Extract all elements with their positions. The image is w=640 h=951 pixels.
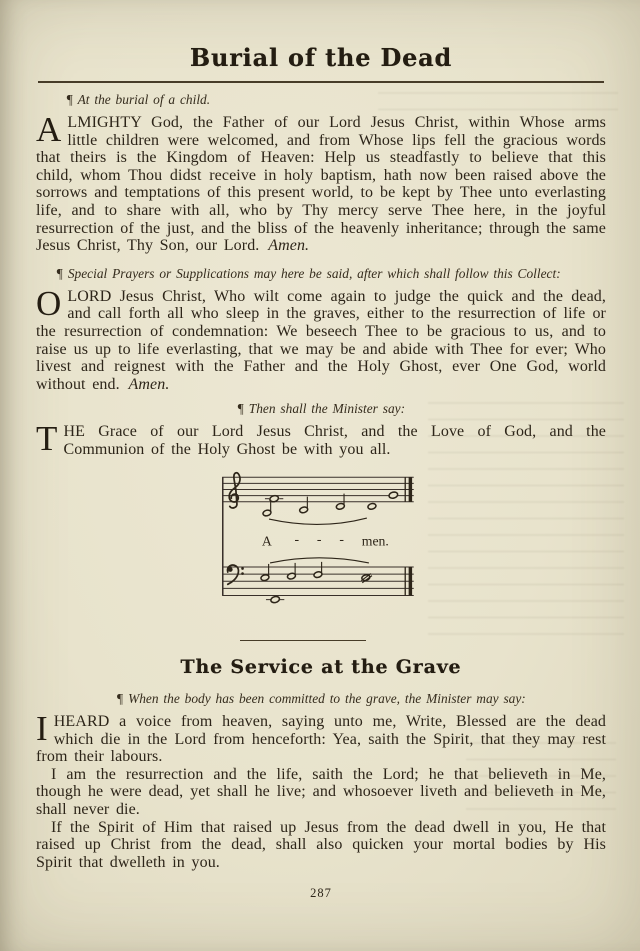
amen-lyric: A - - - men. [262,531,389,548]
rubric-then-shall-minister-say: ¶ Then shall the Minister say: [36,401,606,417]
scripture-i-heard-a-voice: IHEARD a voice from heaven, saying unto … [36,713,606,766]
prayer-o-lord-jesus-christ: OLORD Jesus Christ, Who wilt come again … [36,288,606,394]
drop-cap-a: A [36,114,67,144]
amen-response: Amen. [129,376,170,393]
svg-text:-: - [317,531,322,546]
rubric-body-committed: ¶ When the body has been committed to th… [36,691,606,707]
section-divider [240,640,366,642]
prayer-text: HE Grace of our Lord Jesus Christ, and t… [63,423,606,458]
drop-cap-o: O [36,288,67,318]
scripture-text: HEARD a voice from heaven, saying unto m… [36,713,606,765]
section-heading-service-at-grave: The Service at the Grave [36,656,606,678]
prayer-text: LORD Jesus Christ, Who wilt come again t… [36,288,606,393]
treble-staff [222,477,414,501]
book-page: Burial of the Dead ¶ At the burial of a … [0,0,640,951]
drop-cap-i: I [36,713,54,743]
title-rule [38,81,604,83]
slur [269,518,367,524]
prayer-text: LMIGHTY God, the Father of our Lord Jesu… [36,114,606,254]
scripture-spirit-of-him: If the Spirit of Him that raised up Jesu… [36,819,606,872]
amen-response: Amen. [268,237,309,254]
amen-music-score: A - - - men. [214,467,428,616]
rubric-special-prayers: ¶ Special Prayers or Supplications may h… [36,266,606,282]
slur [270,557,369,562]
rubric-at-burial-of-child: ¶ At the burial of a child. [36,92,606,108]
svg-text:-: - [339,531,344,546]
treble-clef-icon [229,472,240,507]
scripture-resurrection-and-life: I am the resurrection and the life, sait… [36,766,606,819]
page-number: 287 [36,886,606,901]
svg-text:men.: men. [362,533,389,548]
prayer-almighty-god: ALMIGHTY God, the Father of our Lord Jes… [36,114,606,255]
svg-text:-: - [295,531,300,546]
page-title: Burial of the Dead [36,44,606,72]
bass-notes [260,557,372,603]
versicle-the-grace: THE Grace of our Lord Jesus Christ, and … [36,423,606,458]
drop-cap-t: T [36,423,63,453]
svg-text:A: A [262,533,272,548]
